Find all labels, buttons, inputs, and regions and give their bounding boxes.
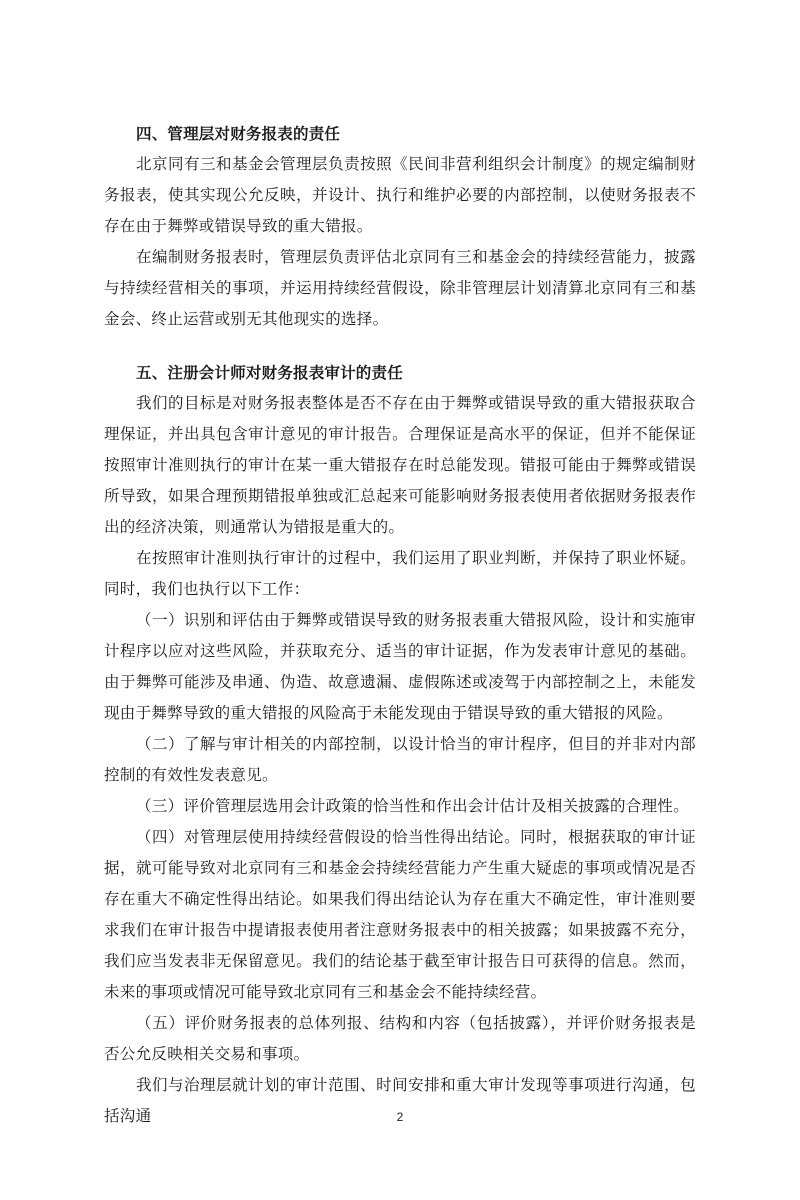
paragraph: 我们的目标是对财务报表整体是否不存在由于舞弊或错误导致的重大错报获取合理保证，并… <box>104 388 696 543</box>
section-heading-auditor-responsibility: 五、注册会计师对财务报表审计的责任 <box>104 357 696 388</box>
paragraph: 在编制财务报表时，管理层负责评估北京同有三和基金会的持续经营能力，披露与持续经营… <box>104 242 696 335</box>
list-item-4: （四）对管理层使用持续经营假设的恰当性得出结论。同时，根据获取的审计证据，就可能… <box>104 822 696 1008</box>
paragraph: 在按照审计准则执行审计的过程中，我们运用了职业判断，并保持了职业怀疑。同时，我们… <box>104 543 696 605</box>
list-item-2: （二）了解与审计相关的内部控制，以设计恰当的审计程序，但目的并非对内部控制的有效… <box>104 729 696 791</box>
list-item-1: （一）识别和评估由于舞弊或错误导致的财务报表重大错报风险，设计和实施审计程序以应… <box>104 605 696 729</box>
section-heading-management-responsibility: 四、管理层对财务报表的责任 <box>104 118 696 149</box>
page-number: 2 <box>0 1110 800 1124</box>
list-item-3: （三）评价管理层选用会计政策的恰当性和作出会计估计及相关披露的合理性。 <box>104 791 696 822</box>
list-item-5: （五）评价财务报表的总体列报、结构和内容（包括披露），并评价财务报表是否公允反映… <box>104 1008 696 1070</box>
document-page: 四、管理层对财务报表的责任 北京同有三和基金会管理层负责按照《民间非营利组织会计… <box>104 118 696 1132</box>
section-spacer <box>104 335 696 357</box>
paragraph: 北京同有三和基金会管理层负责按照《民间非营利组织会计制度》的规定编制财务报表，使… <box>104 149 696 242</box>
